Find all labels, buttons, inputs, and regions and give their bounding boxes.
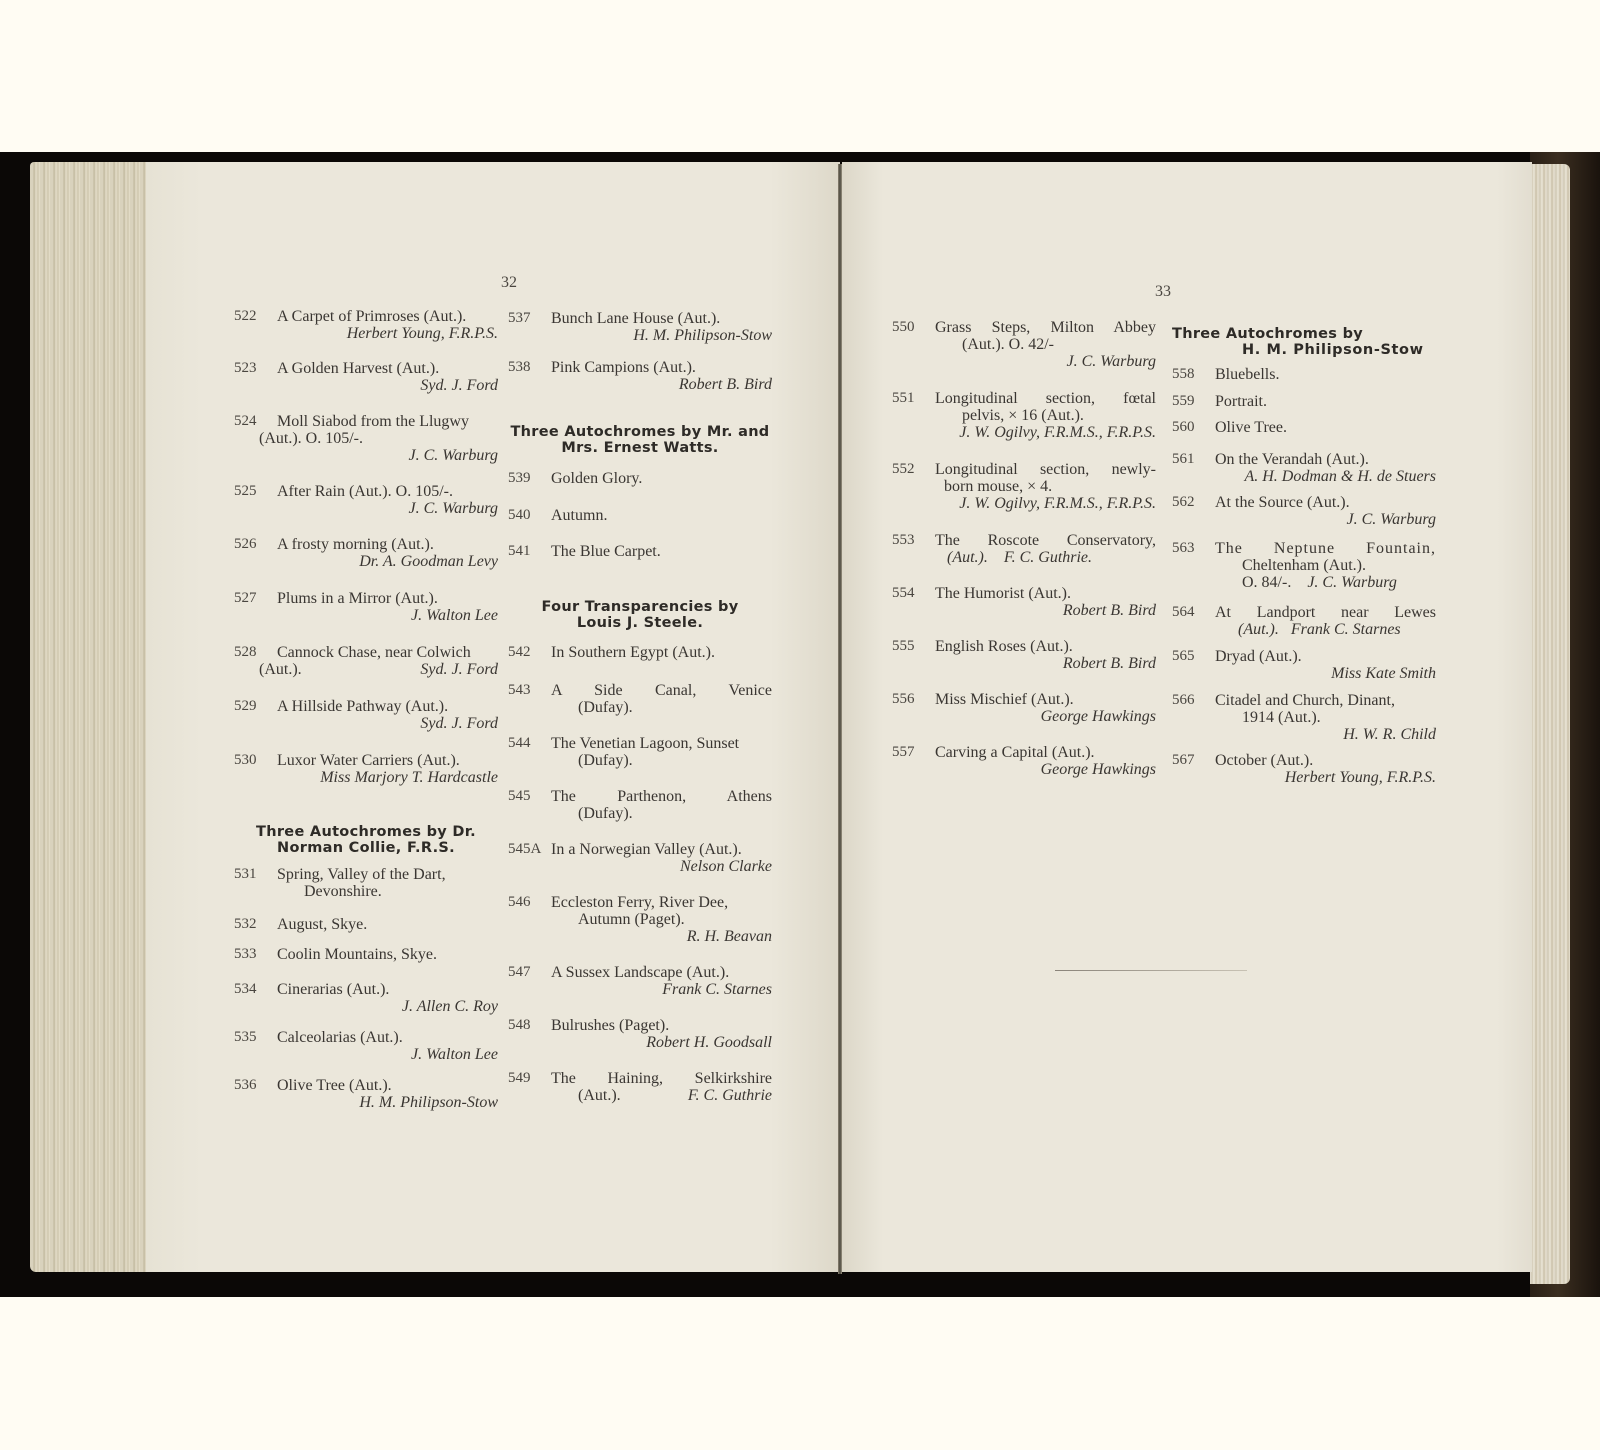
- catalog-entry: 546 Eccleston Ferry, River Dee, Autumn (…: [508, 894, 772, 945]
- catalog-entry: 555 English Roses (Aut.). Robert B. Bird: [892, 638, 1156, 672]
- catalog-entry: 554 The Humorist (Aut.). Robert B. Bird: [892, 585, 1156, 619]
- catalog-entry: 558 Bluebells.: [1172, 366, 1436, 383]
- catalog-entry: 523 A Golden Harvest (Aut.). Syd. J. For…: [234, 360, 498, 394]
- left-page: 32 522 A Carpet of Primroses (Aut.). Her…: [146, 162, 840, 1272]
- page-edges-right: [1530, 164, 1570, 1284]
- right-page: 33 550 Grass Steps, Milton Abbey (Aut.).…: [842, 162, 1532, 1272]
- catalog-entry: 530 Luxor Water Carriers (Aut.). Miss Ma…: [234, 752, 498, 786]
- catalog-entry: 560 Olive Tree.: [1172, 419, 1436, 436]
- catalog-entry: 535 Calceolarias (Aut.). J. Walton Lee: [234, 1029, 498, 1063]
- catalog-entry: 534 Cinerarias (Aut.). J. Allen C. Roy: [234, 981, 498, 1015]
- catalog-entry: 567 October (Aut.). Herbert Young, F.R.P…: [1172, 752, 1436, 786]
- end-rule: [1055, 970, 1247, 971]
- catalog-entry: 543 A Side Canal, Venice (Dufay).: [508, 682, 772, 716]
- section-heading: Three Autochromes by Dr. Norman Collie, …: [234, 824, 498, 856]
- catalog-entry: 532 August, Skye.: [234, 916, 498, 933]
- catalog-entry: 528 Cannock Chase, near Colwich (Aut.). …: [234, 644, 498, 678]
- catalog-entry: 553 The Roscote Conservatory, (Aut.). F.…: [892, 532, 1156, 566]
- page-edges-left: [30, 162, 148, 1272]
- catalog-entry: 565 Dryad (Aut.). Miss Kate Smith: [1172, 648, 1436, 682]
- catalog-entry: 564 At Landport near Lewes (Aut.). Frank…: [1172, 604, 1436, 638]
- catalog-entry: 551 Longitudinal section, fœtal pelvis, …: [892, 390, 1156, 441]
- catalog-entry: 563 The Neptune Fountain, Cheltenham (Au…: [1172, 540, 1436, 591]
- catalog-entry: 556 Miss Mischief (Aut.). George Hawking…: [892, 691, 1156, 725]
- catalog-entry: 557 Carving a Capital (Aut.). George Haw…: [892, 744, 1156, 778]
- section-heading: Three Autochromes by Mr. and Mrs. Ernest…: [508, 424, 772, 456]
- catalog-entry: 538 Pink Campions (Aut.). Robert B. Bird: [508, 359, 772, 393]
- catalog-entry: 536 Olive Tree (Aut.). H. M. Philipson-S…: [234, 1077, 498, 1111]
- catalog-entry: 527 Plums in a Mirror (Aut.). J. Walton …: [234, 590, 498, 624]
- catalog-entry: 533 Coolin Mountains, Skye.: [234, 946, 498, 963]
- page-number-left: 32: [501, 274, 517, 292]
- catalog-entry: 566 Citadel and Church, Dinant, 1914 (Au…: [1172, 692, 1436, 743]
- catalog-entry: 559 Portrait.: [1172, 393, 1436, 410]
- catalog-entry: 544 The Venetian Lagoon, Sunset (Dufay).: [508, 735, 772, 769]
- catalog-entry: 540 Autumn.: [508, 507, 772, 524]
- catalog-entry: 552 Longitudinal section, newly- born mo…: [892, 461, 1156, 512]
- catalog-entry: 547 A Sussex Landscape (Aut.). Frank C. …: [508, 964, 772, 998]
- catalog-entry: 525 After Rain (Aut.). O. 105/-. J. C. W…: [234, 483, 498, 517]
- open-book: 32 522 A Carpet of Primroses (Aut.). Her…: [0, 152, 1600, 1297]
- catalog-entry: 539 Golden Glory.: [508, 470, 772, 487]
- catalog-entry: 526 A frosty morning (Aut.). Dr. A. Good…: [234, 536, 498, 570]
- catalog-entry: 549 The Haining, Selkirkshire (Aut.). F.…: [508, 1070, 772, 1104]
- catalog-entry: 541 The Blue Carpet.: [508, 543, 772, 560]
- catalog-entry: 545 The Parthenon, Athens (Dufay).: [508, 788, 772, 822]
- catalog-entry: 529 A Hillside Pathway (Aut.). Syd. J. F…: [234, 698, 498, 732]
- catalog-entry: 548 Bulrushes (Paget). Robert H. Goodsal…: [508, 1017, 772, 1051]
- catalog-entry: 524 Moll Siabod from the Llugwy (Aut.). …: [234, 413, 498, 464]
- section-heading: Three Autochromes by H. M. Philipson-Sto…: [1172, 326, 1436, 358]
- catalog-entry: 537 Bunch Lane House (Aut.). H. M. Phili…: [508, 310, 772, 344]
- catalog-entry: 550 Grass Steps, Milton Abbey (Aut.). O.…: [892, 319, 1156, 370]
- catalog-entry: 545A In a Norwegian Valley (Aut.). Nelso…: [508, 841, 772, 875]
- catalog-entry: 561 On the Verandah (Aut.). A. H. Dodman…: [1172, 451, 1436, 485]
- catalog-entry: 531 Spring, Valley of the Dart, Devonshi…: [234, 866, 498, 900]
- catalog-entry: 542 In Southern Egypt (Aut.).: [508, 644, 772, 661]
- catalog-entry: 562 At the Source (Aut.). J. C. Warburg: [1172, 494, 1436, 528]
- section-heading: Four Transparencies by Louis J. Steele.: [508, 599, 772, 631]
- page-number-right: 33: [1155, 283, 1171, 301]
- catalog-entry: 522 A Carpet of Primroses (Aut.). Herber…: [234, 308, 498, 342]
